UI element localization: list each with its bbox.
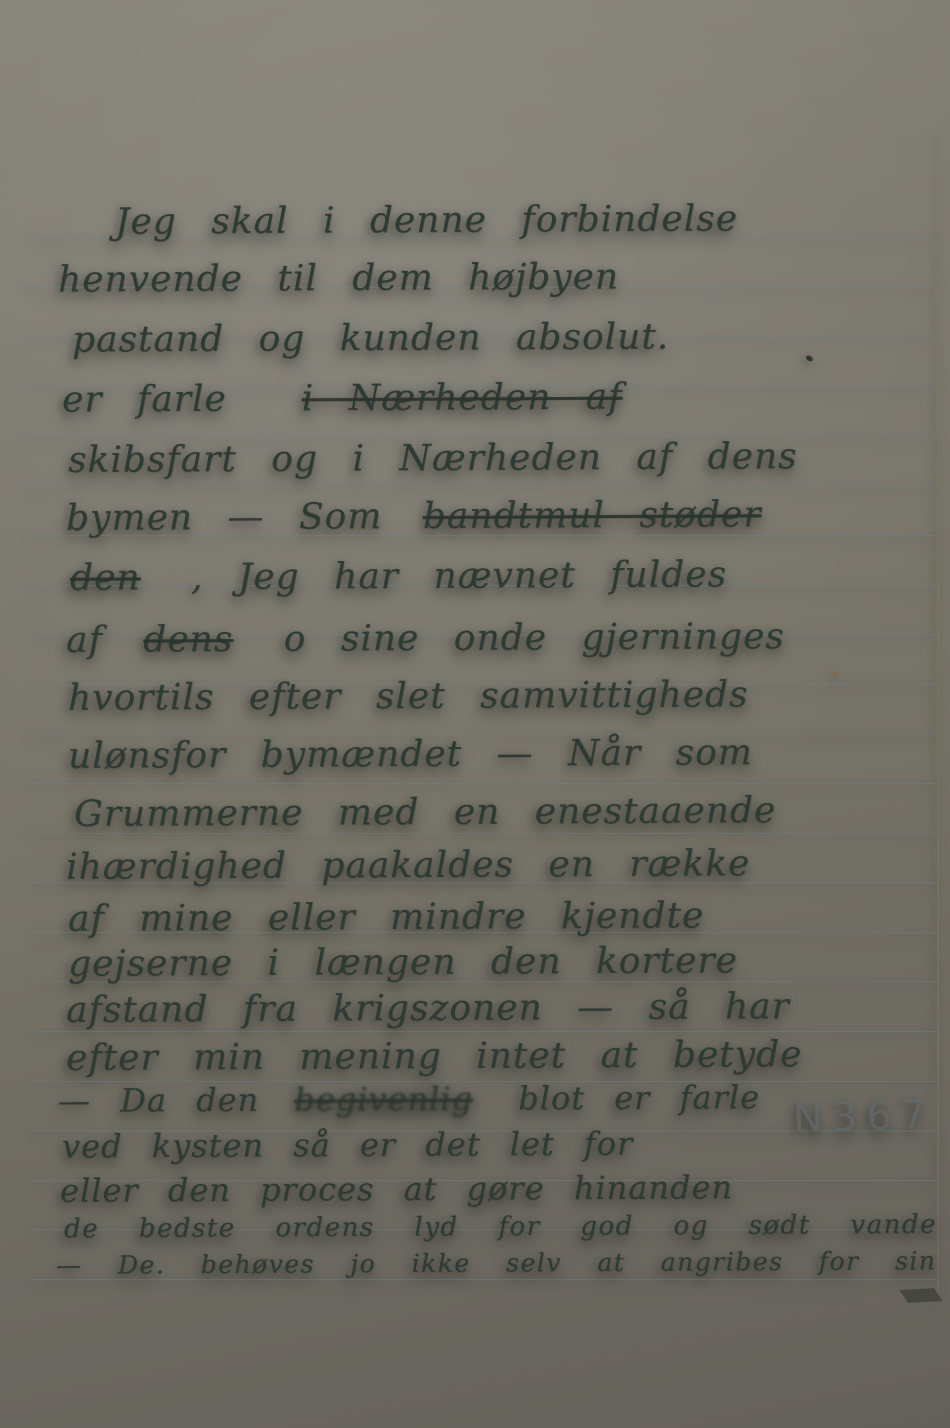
handwriting-line: de bedste ordens lyd for god og sødt van… — [64, 1210, 937, 1245]
handwriting-line: — Da den begivenlig blot er farle — [58, 1078, 760, 1120]
text-segment: de bedste ordens lyd for god og sødt van… — [64, 1210, 937, 1245]
handwriting-line: er farle i Nærheden af — [62, 376, 639, 420]
handwriting-line: ved kysten så er det let for — [62, 1125, 633, 1166]
handwriting-line: af mine eller mindre kjendte — [68, 895, 704, 939]
text-segment: hvortils efter slet samvittigheds — [68, 674, 749, 719]
text-segment: pastand og kunden absolut. — [72, 316, 669, 360]
handwriting-line: efter min mening intet at betyde — [66, 1034, 803, 1079]
handwriting-line: pastand og kunden absolut. — [72, 316, 669, 360]
handwriting-line: eller den proces at gøre hinanden — [60, 1168, 733, 1210]
text-segment: eller den proces at gøre hinanden — [60, 1168, 733, 1210]
handwriting-line: gejserne i længen den kortere — [68, 940, 738, 985]
handwriting-line: skibsfart og i Nærheden af dens — [68, 436, 798, 481]
ink-speck — [833, 672, 837, 676]
handwriting-line: Jeg skal i denne forbindelse — [115, 198, 738, 242]
text-segment: efter min mening intet at betyde — [66, 1034, 803, 1079]
text-segment: ved kysten så er det let for — [62, 1125, 633, 1166]
text-segment: , Jeg har nævnet fuldes — [156, 554, 727, 598]
struck-text: bandtmul støder — [417, 494, 778, 537]
manuscript-page: Jeg skal i denne forbindelsehenvende til… — [0, 0, 950, 1428]
text-segment: Grummerne med en enestaaende — [74, 790, 776, 835]
handwriting: Jeg skal i denne forbindelsehenvende til… — [0, 0, 950, 1428]
text-segment: — De. behøves jo ikke selv at angribes f… — [56, 1245, 950, 1280]
handwriting-line: ulønsfor bymændet — Når som — [68, 732, 753, 777]
text-segment: Jeg skal i denne forbindelse — [115, 198, 738, 242]
text-segment: o sine onde gjerninges — [249, 616, 785, 660]
struck-text: den — [64, 557, 157, 598]
text-segment: af — [66, 620, 137, 661]
handwriting-line: afstand fra krigszonen — så har — [66, 986, 790, 1031]
handwriting-line: hvortils efter slet samvittigheds — [68, 674, 749, 719]
struck-text: dens — [137, 619, 249, 661]
text-segment: afstand fra krigszonen — så har — [66, 986, 790, 1031]
text-segment: skibsfart og i Nærheden af dens — [68, 436, 798, 481]
text-segment: blot er farle — [489, 1078, 760, 1117]
handwriting-line: den , Jeg har nævnet fuldes — [64, 554, 727, 598]
handwriting-line: ihærdighed paakaldes en række — [66, 843, 750, 888]
handwriting-line: — De. behøves jo ikke selv at angribes f… — [56, 1245, 950, 1280]
handwriting-line: henvende til dem højbyen — [58, 257, 619, 301]
text-segment: er farle — [62, 378, 296, 420]
text-segment: bymen — Som — [66, 496, 417, 539]
handwriting-line: Grummerne med en enestaaende — [74, 790, 776, 835]
text-segment: gejserne i længen den kortere — [68, 940, 738, 985]
handwriting-line: af dens o sine onde gjerninges — [66, 616, 785, 661]
text-segment: ihærdighed paakaldes en række — [66, 843, 750, 888]
struck-text: i Nærheden af — [296, 376, 639, 419]
text-segment: henvende til dem højbyen — [58, 257, 619, 301]
text-segment: — Da den — [58, 1081, 288, 1120]
struck-text: begivenlig — [288, 1080, 489, 1119]
catalog-number: N367 — [792, 1092, 935, 1142]
photograph: Jeg skal i denne forbindelsehenvende til… — [0, 0, 950, 1428]
paper-shadow: Jeg skal i denne forbindelsehenvende til… — [0, 0, 950, 1428]
handwriting-line: bymen — Som bandtmul støder — [66, 494, 778, 539]
text-segment: ulønsfor bymændet — Når som — [68, 732, 753, 777]
text-segment: af mine eller mindre kjendte — [68, 895, 704, 939]
